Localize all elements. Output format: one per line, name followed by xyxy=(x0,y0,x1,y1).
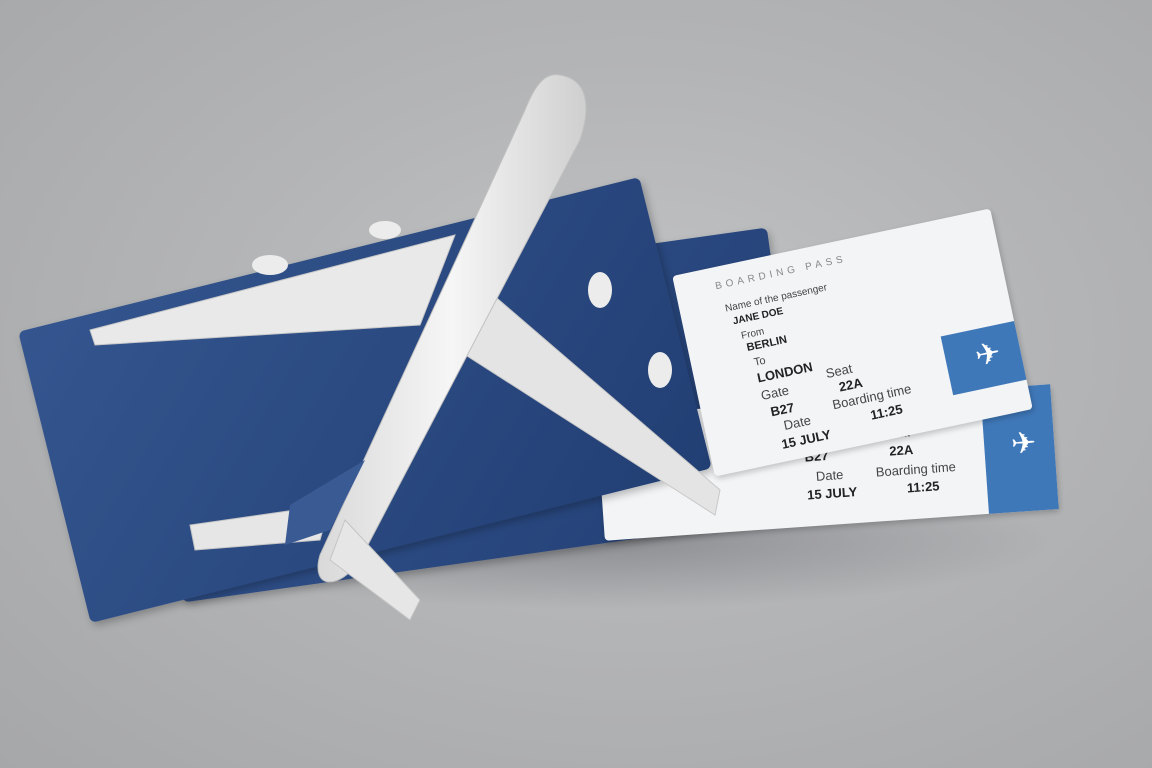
toy-airplane xyxy=(0,0,1152,768)
left-wing xyxy=(90,235,455,345)
